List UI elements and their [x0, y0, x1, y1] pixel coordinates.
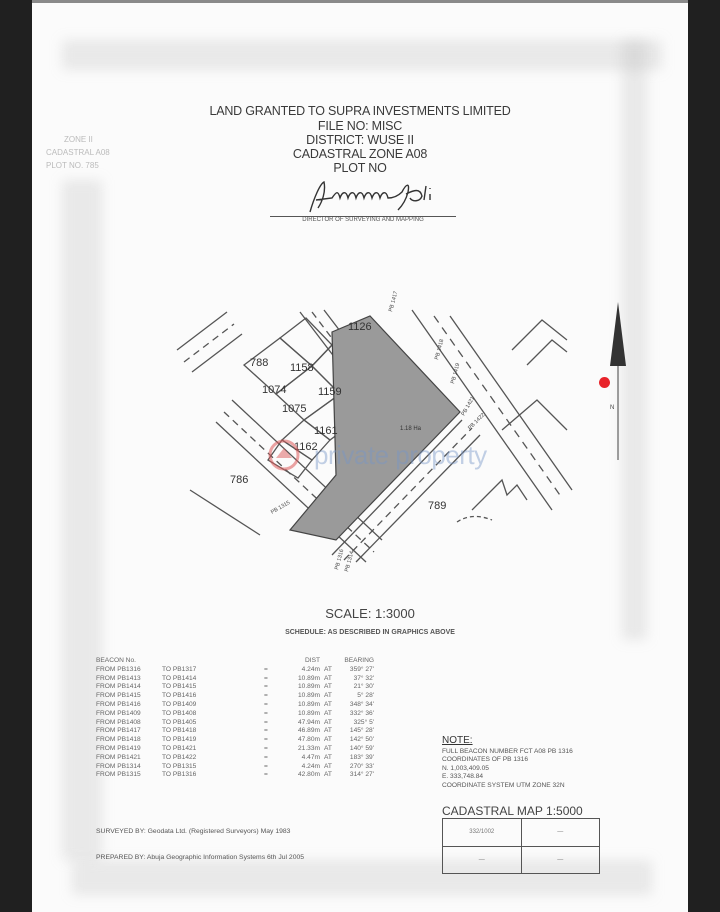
table-row: FROM PB1414TO PB1415=10.89mAT21° 30' — [96, 683, 374, 692]
bearing: 140° 59' — [334, 745, 374, 754]
note-block: NOTE: FULL BEACON NUMBER FCT A08 PB 1316… — [442, 737, 573, 791]
distance: 42.80m — [294, 771, 320, 780]
equals-sign: = — [254, 771, 294, 780]
plot-area-label: 1.18 Ha — [400, 426, 422, 432]
equals-sign: = — [254, 683, 294, 692]
bearing-header: BEARING — [334, 657, 374, 666]
bearing: 332° 36' — [334, 710, 374, 719]
beacon-table: BEACON No. DIST BEARING FROM PB1316TO PB… — [96, 657, 374, 780]
beacon-from: FROM PB1417 — [96, 727, 162, 736]
beacon-label: PB 1315 — [270, 500, 291, 516]
plot-label-1161: 1161 — [314, 425, 338, 437]
note-line: COORDINATE SYSTEM UTM ZONE 32N — [442, 782, 573, 791]
note-line: COORDINATES OF PB 1316 — [442, 756, 573, 765]
distance: 10.89m — [294, 701, 320, 710]
beacon-to: TO PB1405 — [162, 719, 254, 728]
beacon-from: FROM PB1408 — [96, 719, 162, 728]
beacon-from: FROM PB1316 — [96, 666, 162, 675]
table-row: FROM PB1421TO PB1422=4.47mAT183° 39' — [96, 754, 374, 763]
map-scale: SCALE: 1:3000 — [32, 606, 688, 621]
at-label: AT — [320, 745, 334, 754]
plot-label-786: 786 — [230, 474, 248, 486]
plot-label-1158: 1158 — [290, 362, 314, 374]
distance: 10.89m — [294, 710, 320, 719]
at-label: AT — [320, 719, 334, 728]
signatory-title: DIRECTOR OF SURVEYING AND MAPPING — [270, 217, 456, 223]
plot-label-789: 789 — [428, 500, 446, 512]
table-row: FROM PB1419TO PB1421=21.33mAT140° 59' — [96, 745, 374, 754]
equals-sign: = — [254, 666, 294, 675]
ghost-text: CADASTRAL A08 — [46, 148, 110, 157]
at-label: AT — [320, 666, 334, 675]
at-label: AT — [320, 701, 334, 710]
beacon-from: FROM PB1414 — [96, 683, 162, 692]
distance: 21.33m — [294, 745, 320, 754]
distance: 4.24m — [294, 666, 320, 675]
beacon-from: FROM PB1416 — [96, 701, 162, 710]
ghost-text: PLOT NO. 785 — [46, 161, 99, 170]
beacon-to: TO PB1409 — [162, 701, 254, 710]
beacon-label: PB 1314 — [344, 551, 355, 573]
distance: 10.89m — [294, 675, 320, 684]
bearing: 142° 50' — [334, 736, 374, 745]
at-label: AT — [320, 683, 334, 692]
header-title: LAND GRANTED TO SUPRA INVESTMENTS LIMITE… — [32, 104, 688, 118]
ghost-text: ZONE II — [64, 135, 93, 144]
bearing: 314° 27' — [334, 771, 374, 780]
plot-label-1126: 1126 — [348, 321, 372, 333]
north-arrow-icon — [608, 300, 628, 460]
beacon-label: PB 1421 — [461, 396, 477, 417]
beacon-label: PB 1417 — [388, 291, 399, 313]
at-label: AT — [320, 727, 334, 736]
equals-sign: = — [254, 754, 294, 763]
beacon-to: TO PB1315 — [162, 763, 254, 772]
plot-label-1159: 1159 — [318, 386, 342, 398]
beacon-to: TO PB1408 — [162, 710, 254, 719]
table-row: FROM PB1418TO PB1419=47.80mAT142° 50' — [96, 736, 374, 745]
beacon-to: TO PB1419 — [162, 736, 254, 745]
note-line: N. 1,003,409.05 — [442, 765, 573, 774]
cadastral-cell: — — [521, 819, 600, 847]
equals-sign: = — [254, 710, 294, 719]
equals-sign: = — [254, 727, 294, 736]
beacon-from: FROM PB1314 — [96, 763, 162, 772]
red-marker-dot — [599, 377, 610, 388]
distance: 4.47m — [294, 754, 320, 763]
beacon-from: FROM PB1413 — [96, 675, 162, 684]
at-label: AT — [320, 710, 334, 719]
cadastral-cell: 332/1002 — [443, 819, 522, 847]
equals-sign: = — [254, 719, 294, 728]
bearing: 359° 27' — [334, 666, 374, 675]
beacon-from: FROM PB1415 — [96, 692, 162, 701]
document-page: LAND GRANTED TO SUPRA INVESTMENTS LIMITE… — [32, 0, 688, 912]
header-cadastral-zone: CADASTRAL ZONE A08 — [32, 147, 688, 161]
distance: 10.89m — [294, 692, 320, 701]
note-line: E. 333,748.84 — [442, 773, 573, 782]
distance: 47.80m — [294, 736, 320, 745]
beacon-to: TO PB1418 — [162, 727, 254, 736]
equals-sign: = — [254, 701, 294, 710]
note-line: FULL BEACON NUMBER FCT A08 PB 1316 — [442, 748, 573, 757]
beacon-from: FROM PB1315 — [96, 771, 162, 780]
distance: 46.89m — [294, 727, 320, 736]
note-title: NOTE: — [442, 737, 573, 746]
beacon-to: TO PB1416 — [162, 692, 254, 701]
beacon-from: FROM PB1409 — [96, 710, 162, 719]
bearing: 5° 28' — [334, 692, 374, 701]
dist-header: DIST — [294, 657, 320, 666]
table-row: FROM PB1417TO PB1418=46.89mAT145° 28' — [96, 727, 374, 736]
table-row: FROM PB1316TO PB1317=4.24mAT359° 27' — [96, 666, 374, 675]
beacon-label: PB 1422 — [467, 412, 486, 431]
equals-sign: = — [254, 763, 294, 772]
bearing: 183° 39' — [334, 754, 374, 763]
distance: 4.24m — [294, 763, 320, 772]
beacon-from: FROM PB1421 — [96, 754, 162, 763]
at-label: AT — [320, 736, 334, 745]
cadastral-map-title: CADASTRAL MAP 1:5000 — [442, 804, 583, 818]
at-label: AT — [320, 675, 334, 684]
page-top-edge — [32, 0, 688, 3]
equals-sign: = — [254, 675, 294, 684]
cadastral-map-grid: 332/1002 — — — — [442, 818, 600, 874]
surveyed-by: SURVEYED BY: Geodata Ltd. (Registered Su… — [96, 828, 290, 835]
table-row: FROM PB1314TO PB1315=4.24mAT270° 33' — [96, 763, 374, 772]
schedule-note: SCHEDULE: AS DESCRIBED IN GRAPHICS ABOVE — [32, 629, 688, 636]
cadastral-cell: — — [521, 846, 600, 874]
watermark-logo-icon — [270, 441, 298, 469]
beacon-to: TO PB1316 — [162, 771, 254, 780]
table-row: FROM PB1408TO PB1405=47.94mAT325° 5' — [96, 719, 374, 728]
bearing: 21° 30' — [334, 683, 374, 692]
equals-sign: = — [254, 745, 294, 754]
table-row: FROM PB1413TO PB1414=10.89mAT37° 32' — [96, 675, 374, 684]
header-district: DISTRICT: WUSE II — [32, 133, 688, 147]
table-row: FROM PB1416TO PB1409=10.89mAT348° 34' — [96, 701, 374, 710]
at-label: AT — [320, 763, 334, 772]
at-label: AT — [320, 754, 334, 763]
north-label: N — [610, 405, 614, 411]
watermark-text: private property — [314, 440, 487, 471]
beacon-from: FROM PB1419 — [96, 745, 162, 754]
plot-label-1075: 1075 — [282, 403, 306, 415]
table-row: FROM PB1415TO PB1416=10.89mAT5° 28' — [96, 692, 374, 701]
plot-label-788: 788 — [250, 357, 268, 369]
at-label: AT — [320, 692, 334, 701]
beacon-to: TO PB1415 — [162, 683, 254, 692]
header-plot-no: PLOT NO — [32, 161, 688, 175]
table-row: FROM PB1409TO PB1408=10.89mAT332° 36' — [96, 710, 374, 719]
plot-label-1074: 1074 — [262, 384, 286, 396]
signature — [302, 178, 472, 218]
table-row: FROM PB1315TO PB1316=42.80mAT314° 27' — [96, 771, 374, 780]
cadastral-cell: — — [443, 846, 522, 874]
distance: 10.89m — [294, 683, 320, 692]
beacon-to: TO PB1421 — [162, 745, 254, 754]
at-label: AT — [320, 771, 334, 780]
equals-sign: = — [254, 692, 294, 701]
beacon-label: PB 1418 — [434, 339, 445, 361]
header-file-no: FILE NO: MISC — [32, 119, 688, 133]
distance: 47.94m — [294, 719, 320, 728]
beacon-from: FROM PB1418 — [96, 736, 162, 745]
equals-sign: = — [254, 736, 294, 745]
scan-smudge — [62, 40, 662, 70]
beacon-to: TO PB1317 — [162, 666, 254, 675]
beacon-header: BEACON No. — [96, 657, 162, 666]
beacon-to: TO PB1422 — [162, 754, 254, 763]
beacon-to: TO PB1414 — [162, 675, 254, 684]
bearing: 348° 34' — [334, 701, 374, 710]
prepared-by: PREPARED BY: Abuja Geographic Informatio… — [96, 854, 304, 861]
bearing: 145° 28' — [334, 727, 374, 736]
